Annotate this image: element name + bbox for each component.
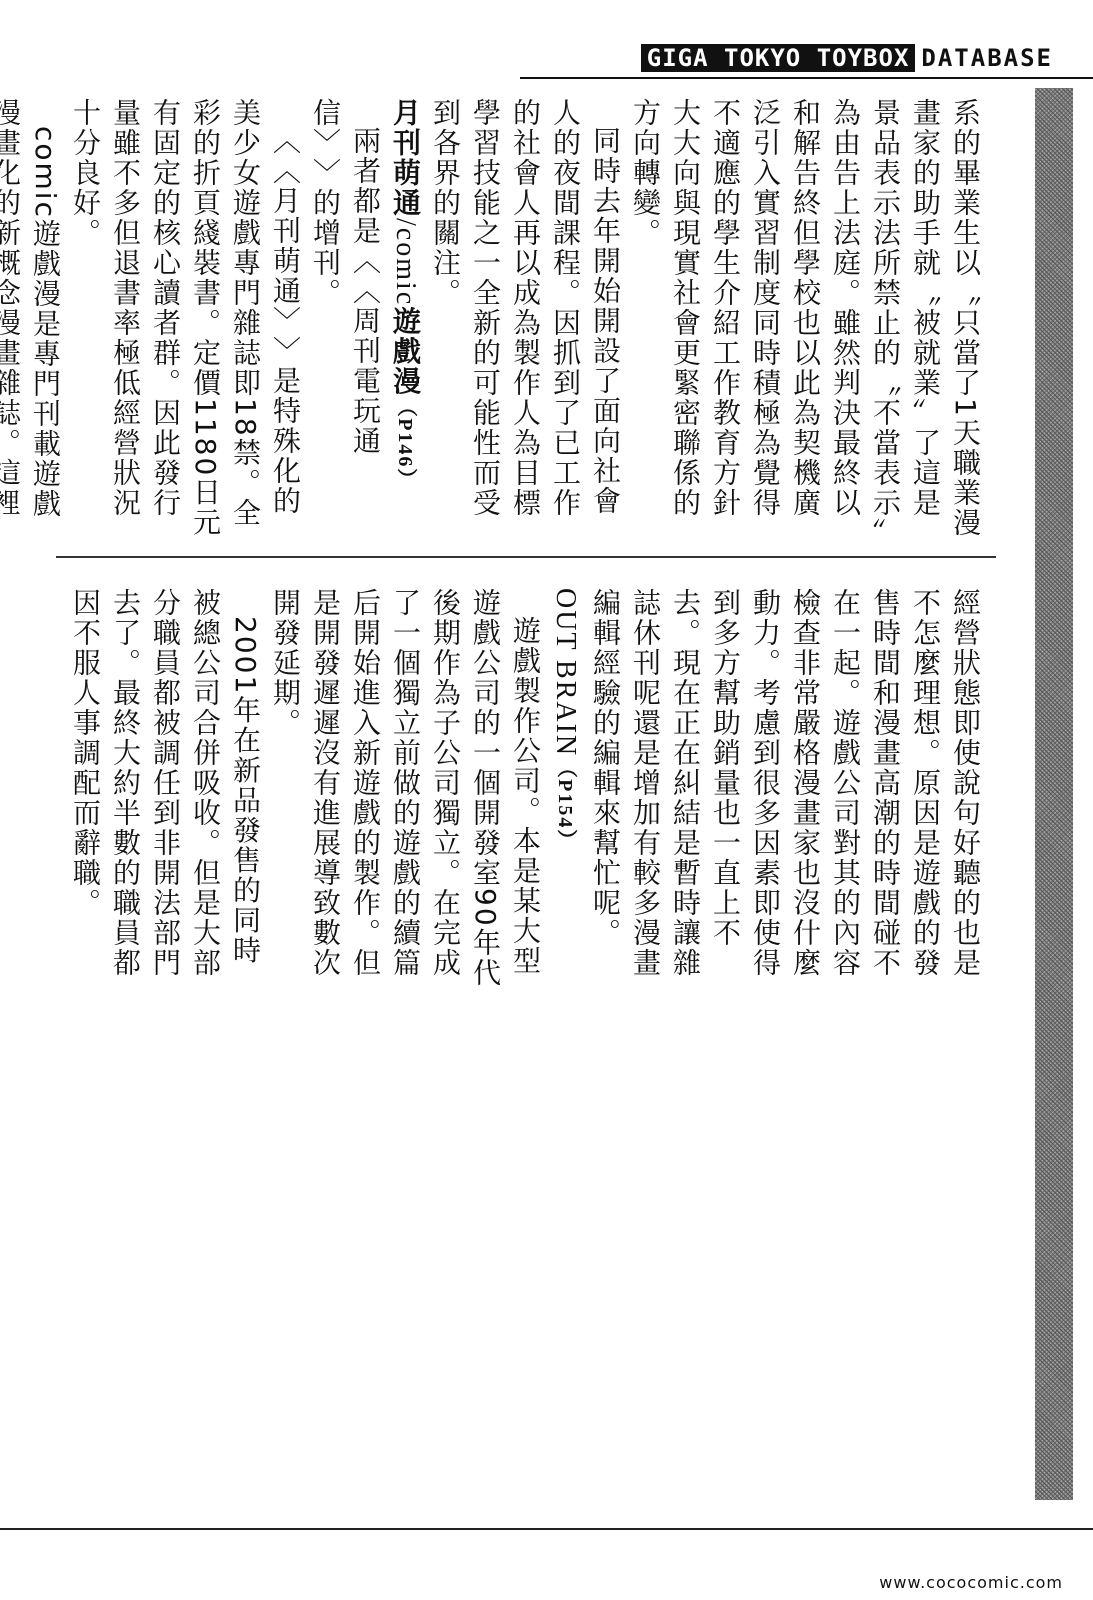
paragraph: 兩者都是︿︿周刊電玩通信﹀﹀的增刊。 [305, 98, 385, 538]
heading-title: 月刊萌通 [389, 98, 422, 218]
header-title-inverted: GIGA TOKYO TOYBOX [641, 44, 916, 72]
heading-title-2: 遊戲漫 [389, 306, 422, 396]
section-divider [56, 556, 996, 558]
paragraph: ︿︿月刊萌通﹀﹀是特殊化的美少女遊戲專門雜誌即18禁。全彩的折頁綫裝書。定價11… [65, 98, 305, 538]
paragraph: 同時去年開始開設了面向社會人的夜間課程。因抓到了已工作的社會人再以成為製作人為目… [425, 98, 625, 538]
heading-latin: OUT BRAIN [550, 588, 581, 757]
footer-rule [0, 1528, 1093, 1530]
paragraph: 遊戲製作公司。本是某大型遊戲公司的一個開發室90年代後期作為子公司獨立。在完成了… [265, 588, 545, 988]
header-title-plain: DATABASE [915, 44, 1053, 72]
paragraph: 2001年在新品發售的同時被總公司合併吸收。但是大部分職員都被調任到非開法部門去… [65, 588, 265, 988]
side-tone-bar [1035, 88, 1073, 1500]
entry-heading-outbrain: OUT BRAIN（P154） [545, 588, 585, 988]
paragraph: 經營狀態即使說句好聽的也是不怎麼理想。原因是遊戲的發售時間和漫畫高潮的時間碰不在… [585, 588, 985, 988]
entry-heading-moetsu: 月刊萌通/comic遊戲漫（P146） [385, 98, 425, 538]
heading-separator: / [390, 218, 421, 228]
top-text-block: 系的畢業生以〝只當了1天職業漫畫家的助手就〝被就業〞了這是景品表示法所禁止的〝不… [0, 98, 985, 538]
page-reference: （P154） [554, 757, 576, 851]
header-rule [520, 77, 1093, 79]
paragraph: 系的畢業生以〝只當了1天職業漫畫家的助手就〝被就業〞了這是景品表示法所禁止的〝不… [625, 98, 985, 538]
paragraph: comic遊戲漫是專門刊載遊戲漫畫化的新概念漫畫雜誌。這裡的 [0, 98, 65, 538]
watermark-url: www.cococomic.com [879, 1573, 1063, 1592]
heading-latin: comic [390, 228, 421, 306]
page-header: GIGA TOKYO TOYBOX DATABASE [641, 44, 1053, 72]
page-reference: （P146） [394, 396, 416, 490]
bottom-text-block: 經營狀態即使說句好聽的也是不怎麼理想。原因是遊戲的發售時間和漫畫高潮的時間碰不在… [65, 588, 985, 988]
